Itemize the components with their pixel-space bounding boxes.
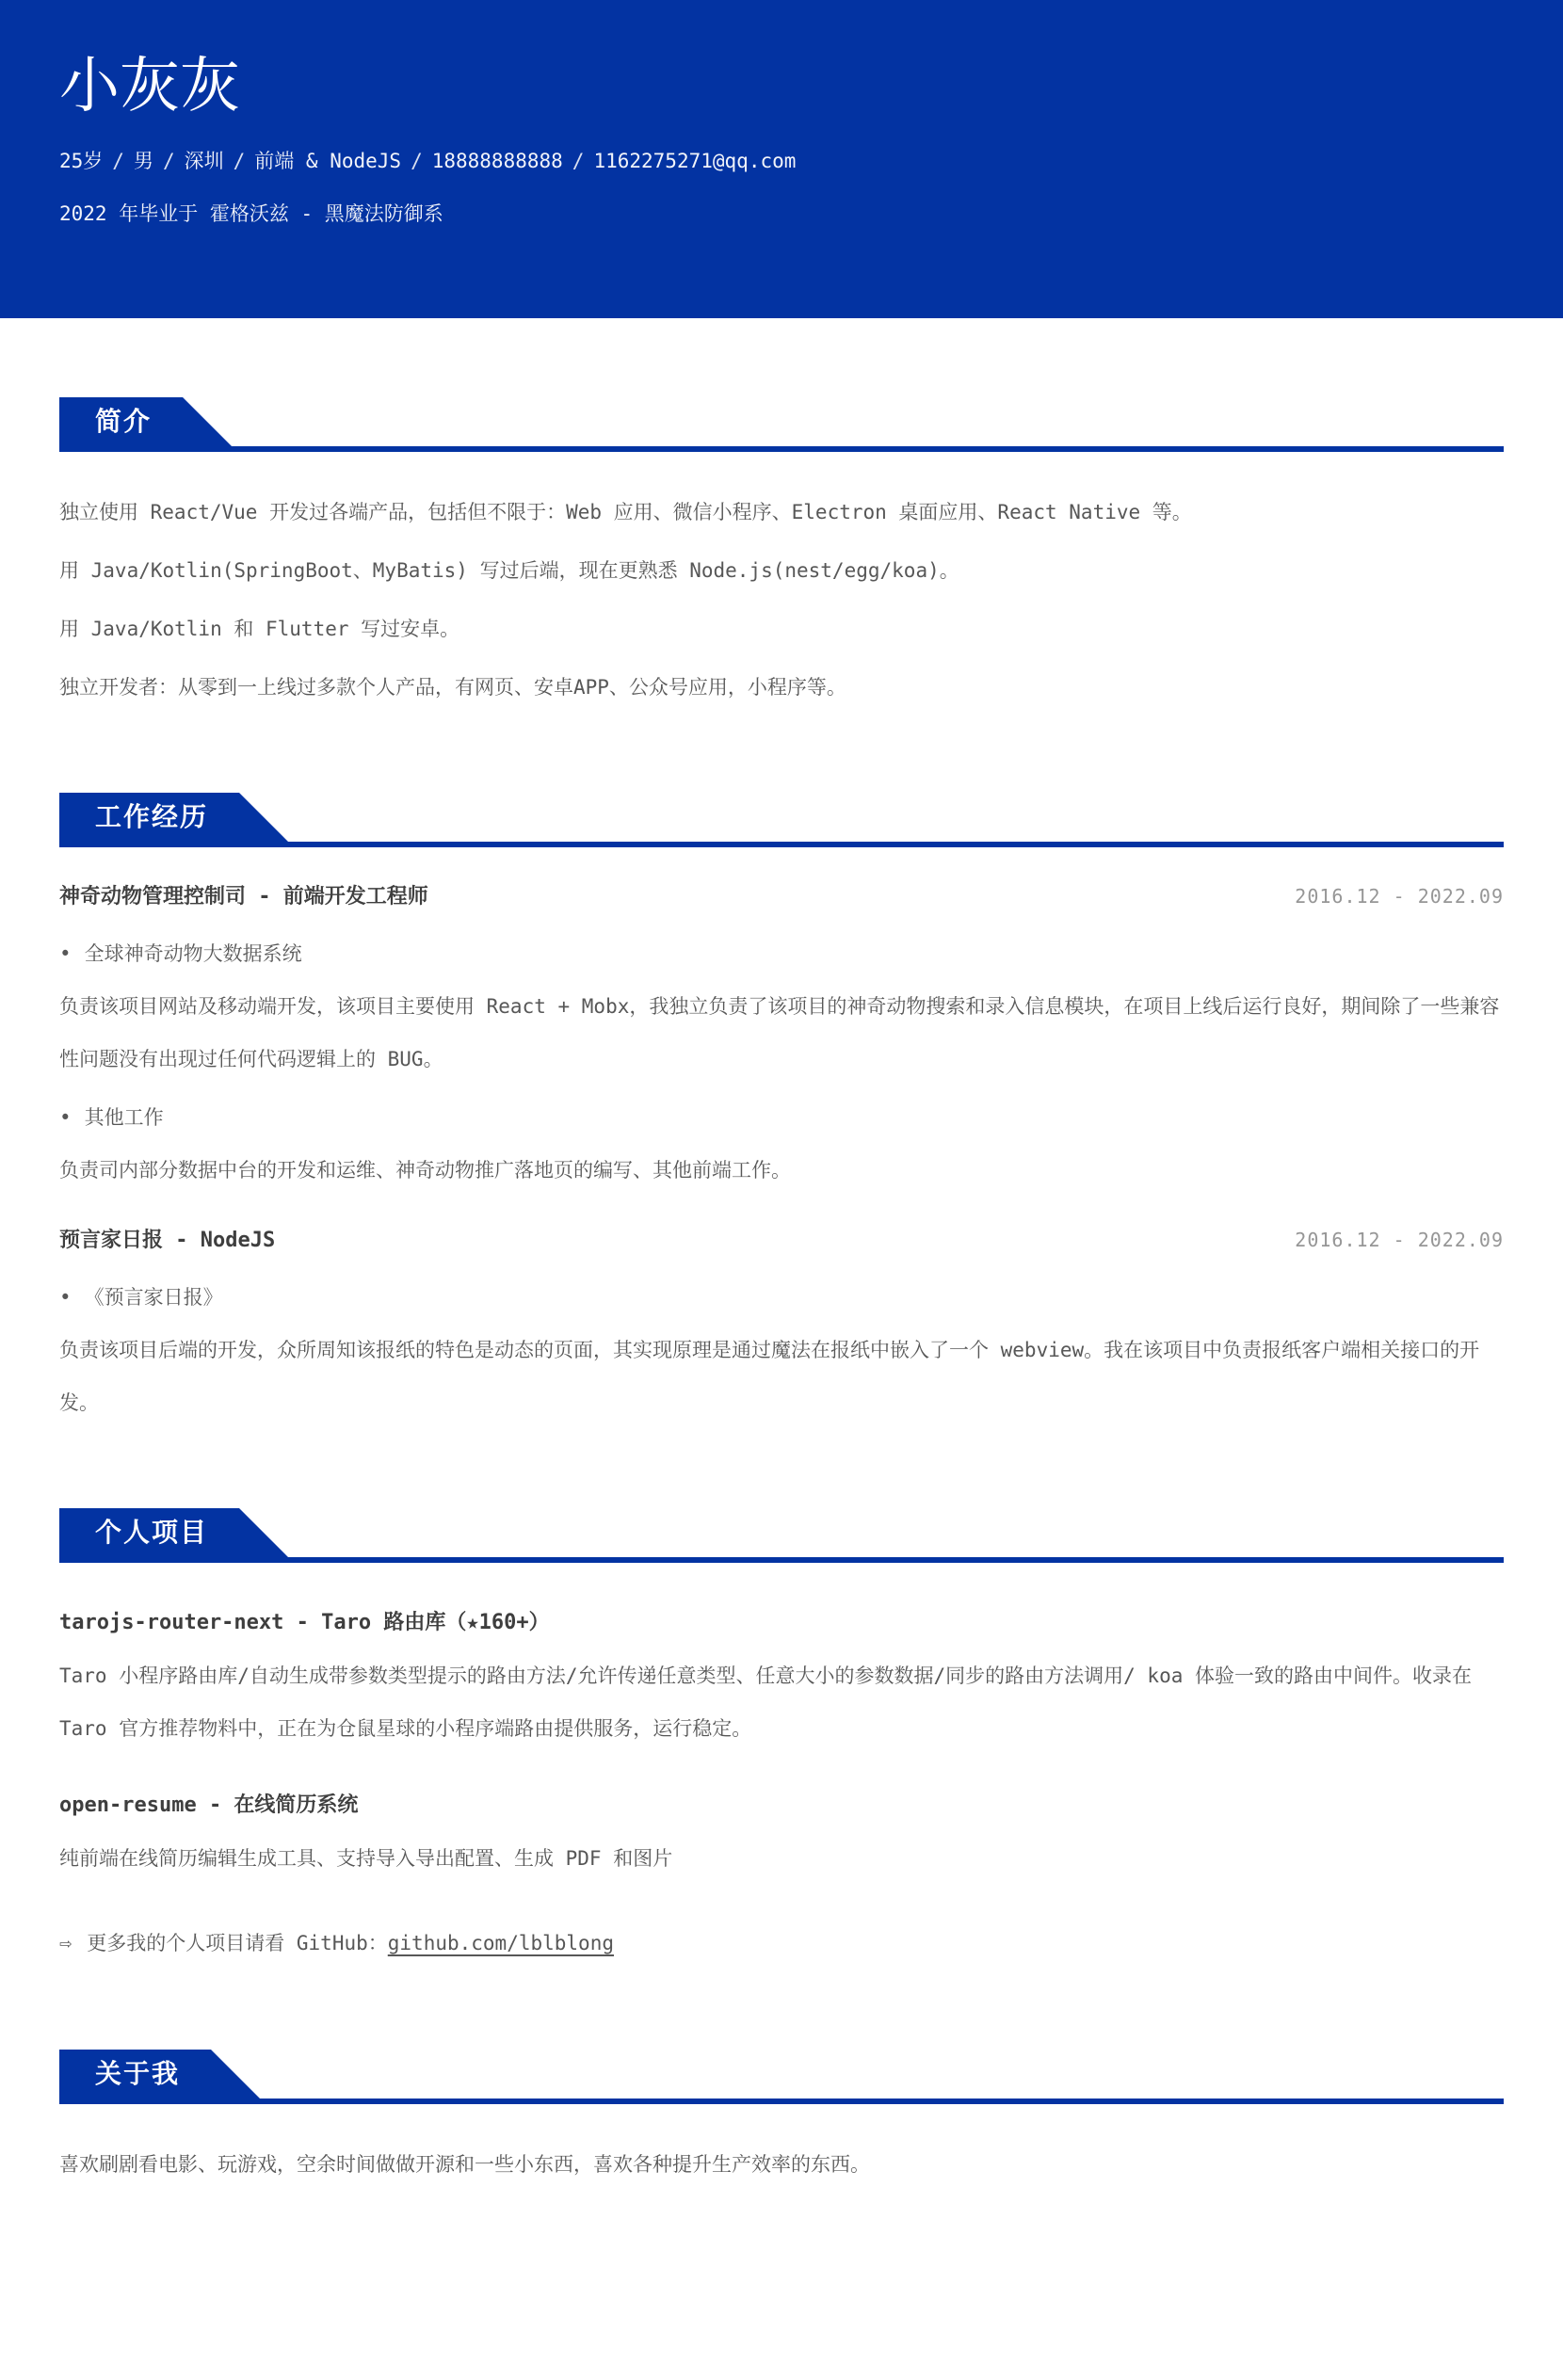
section-projects-body: tarojs-router-next - Taro 路由库（★160+） Tar…: [59, 1597, 1504, 1970]
info-separator: /: [411, 150, 423, 172]
more-projects-line: ⇨更多我的个人项目请看 GitHub：github.com/lblblong: [59, 1917, 1504, 1970]
section-projects: 个人项目 tarojs-router-next - Taro 路由库（★160+…: [59, 1508, 1504, 1970]
job-description: 负责该项目后端的开发，众所周知该报纸的特色是动态的页面，其实现原理是通过魔法在报…: [59, 1324, 1504, 1429]
section-projects-badge: 个人项目: [59, 1508, 288, 1557]
job-header: 神奇动物管理控制司 - 前端开发工程师 2016.12 - 2022.09: [59, 881, 1504, 912]
name-title: 小灰灰: [59, 49, 1504, 124]
job-title: 神奇动物管理控制司 - 前端开发工程师: [59, 882, 428, 912]
info-email: 1162275271@qq.com: [593, 150, 796, 172]
bullet-dot-icon: •: [59, 1106, 72, 1129]
job-bullet-label: 《预言家日报》: [85, 1286, 223, 1309]
job-bullet-label: 全球神奇动物大数据系统: [85, 942, 302, 965]
info-separator: /: [163, 150, 175, 172]
section-intro-body: 独立使用 React/Vue 开发过各端产品，包括但不限于：Web 应用、微信小…: [59, 486, 1504, 714]
section-work: 工作经历 神奇动物管理控制司 - 前端开发工程师 2016.12 - 2022.…: [59, 793, 1504, 1429]
job-entry: 预言家日报 - NodeJS 2016.12 - 2022.09 •《预言家日报…: [59, 1225, 1504, 1429]
info-separator: /: [112, 150, 124, 172]
job-date: 2016.12 - 2022.09: [1295, 1225, 1504, 1255]
section-intro-badge: 简介: [59, 397, 232, 446]
intro-paragraph: 独立使用 React/Vue 开发过各端产品，包括但不限于：Web 应用、微信小…: [59, 486, 1504, 539]
project-description: 纯前端在线简历编辑生成工具、支持导入导出配置、生成 PDF 和图片: [59, 1832, 1504, 1885]
section-about-body: 喜欢刷剧看电影、玩游戏，空余时间做做开源和一些小东西，喜欢各种提升生产效率的东西…: [59, 2138, 1504, 2191]
resume-header: 小灰灰 25岁/男/深圳/前端 & NodeJS/18888888888/116…: [0, 0, 1563, 318]
intro-paragraph: 用 Java/Kotlin(SpringBoot、MyBatis) 写过后端，现…: [59, 544, 1504, 597]
info-gender: 男: [134, 150, 153, 172]
section-intro-header: 简介: [59, 397, 1504, 452]
project-name: tarojs-router-next - Taro 路由库（★160+）: [59, 1597, 1504, 1649]
section-work-header: 工作经历: [59, 793, 1504, 847]
info-separator: /: [572, 150, 585, 172]
info-age: 25岁: [59, 150, 103, 172]
section-intro: 简介 独立使用 React/Vue 开发过各端产品，包括但不限于：Web 应用、…: [59, 397, 1504, 714]
bullet-dot-icon: •: [59, 1286, 72, 1309]
section-about-badge: 关于我: [59, 2050, 260, 2099]
about-paragraph: 喜欢刷剧看电影、玩游戏，空余时间做做开源和一些小东西，喜欢各种提升生产效率的东西…: [59, 2138, 1504, 2191]
job-bullet: •其他工作: [59, 1091, 1504, 1144]
job-bullet: •全球神奇动物大数据系统: [59, 927, 1504, 980]
project-description: Taro 小程序路由库/自动生成带参数类型提示的路由方法/允许传递任意类型、任意…: [59, 1649, 1504, 1755]
job-header: 预言家日报 - NodeJS 2016.12 - 2022.09: [59, 1225, 1504, 1256]
job-description: 负责该项目网站及移动端开发，该项目主要使用 React + Mobx，我独立负责…: [59, 980, 1504, 1085]
job-bullet-label: 其他工作: [85, 1106, 164, 1129]
project-name: open-resume - 在线简历系统: [59, 1779, 1504, 1832]
bullet-dot-icon: •: [59, 942, 72, 965]
basic-info-line: 25岁/男/深圳/前端 & NodeJS/18888888888/1162275…: [59, 147, 1504, 175]
section-work-badge: 工作经历: [59, 793, 288, 842]
more-projects-text: 更多我的个人项目请看 GitHub：: [87, 1932, 388, 1954]
section-about: 关于我 喜欢刷剧看电影、玩游戏，空余时间做做开源和一些小东西，喜欢各种提升生产效…: [59, 2050, 1504, 2191]
job-description: 负责司内部分数据中台的开发和运维、神奇动物推广落地页的编写、其他前端工作。: [59, 1144, 1504, 1197]
resume-body: 简介 独立使用 React/Vue 开发过各端产品，包括但不限于：Web 应用、…: [0, 397, 1563, 2191]
github-link[interactable]: github.com/lblblong: [388, 1932, 614, 1954]
project-entry: tarojs-router-next - Taro 路由库（★160+） Tar…: [59, 1597, 1504, 1755]
section-about-header: 关于我: [59, 2050, 1504, 2104]
education-text: 2022 年毕业于 霍格沃兹 - 黑魔法防御系: [59, 202, 443, 225]
job-bullet: •《预言家日报》: [59, 1271, 1504, 1324]
job-title: 预言家日报 - NodeJS: [59, 1226, 275, 1256]
section-projects-header: 个人项目: [59, 1508, 1504, 1563]
project-entry: open-resume - 在线简历系统 纯前端在线简历编辑生成工具、支持导入导…: [59, 1779, 1504, 1885]
info-city: 深圳: [185, 150, 224, 172]
info-phone: 18888888888: [432, 150, 563, 172]
arrow-right-icon: ⇨: [59, 1932, 72, 1955]
info-role: 前端 & NodeJS: [254, 150, 401, 172]
education-line: 2022 年毕业于 霍格沃兹 - 黑魔法防御系: [59, 200, 1504, 228]
resume-page: 小灰灰 25岁/男/深圳/前端 & NodeJS/18888888888/116…: [0, 0, 1563, 2191]
job-date: 2016.12 - 2022.09: [1295, 881, 1504, 911]
section-work-body: 神奇动物管理控制司 - 前端开发工程师 2016.12 - 2022.09 •全…: [59, 881, 1504, 1429]
intro-paragraph: 用 Java/Kotlin 和 Flutter 写过安卓。: [59, 603, 1504, 655]
job-entry: 神奇动物管理控制司 - 前端开发工程师 2016.12 - 2022.09 •全…: [59, 881, 1504, 1197]
intro-paragraph: 独立开发者：从零到一上线过多款个人产品，有网页、安卓APP、公众号应用，小程序等…: [59, 661, 1504, 714]
info-separator: /: [234, 150, 246, 172]
